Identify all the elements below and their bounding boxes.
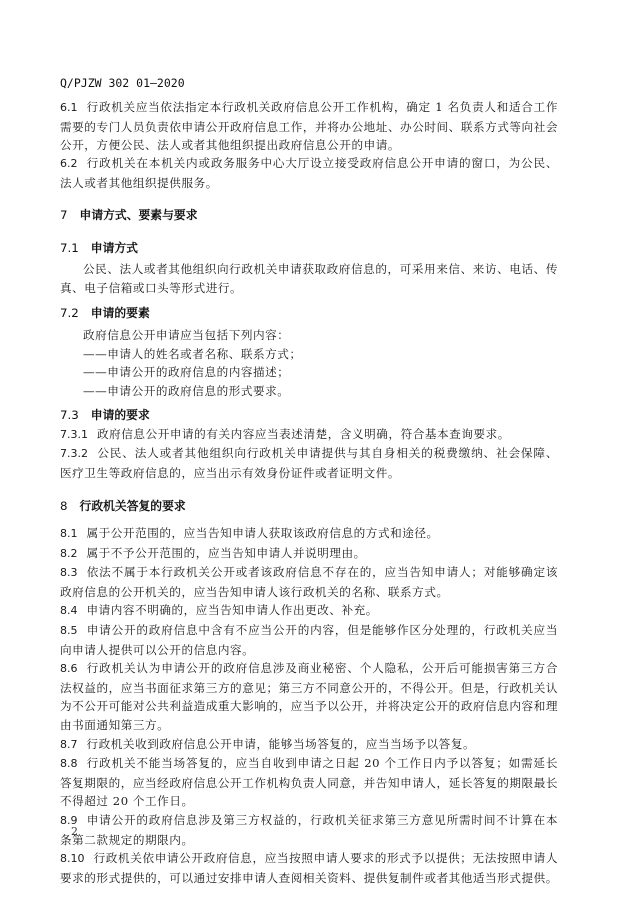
section-title: 申请方式、要素与要求: [80, 208, 198, 222]
clause-8-4: 8.4申请内容不明确的，应当告知申请人作出更改、补充。: [60, 601, 558, 621]
clause-text: 属于公开范围的，应当告知申请人获取该政府信息的方式和途径。: [87, 526, 439, 540]
clause-text: 政府信息公开申请的有关内容应当表述清楚，含义明确，符合基本查询要求。: [97, 427, 510, 441]
section-8-clauses: 8.1属于公开范围的，应当告知申请人获取该政府信息的方式和途径。 8.2属于不予…: [60, 524, 558, 887]
clause-text: 申请内容不明确的，应当告知申请人作出更改、补充。: [87, 603, 378, 617]
clause-number: 8.6: [60, 662, 78, 675]
standard-code: Q/PJZW 302 01—2020: [60, 76, 185, 90]
clause-text: 行政机关应当依法指定本行政机关政府信息公开工作机构，确定 1 名负责人和适合工作…: [60, 100, 558, 152]
clause-number: 8.10: [60, 852, 85, 865]
clause-text: 行政机关认为申请公开的政府信息涉及商业秘密、个人隐私，公开后可能损害第三方合法权…: [60, 661, 558, 732]
clause-8-1: 8.1属于公开范围的，应当告知申请人获取该政府信息的方式和途径。: [60, 524, 558, 544]
clause-number: 6.2: [60, 157, 78, 170]
section-title: 申请的要求: [91, 408, 150, 422]
section-title: 申请的要素: [91, 306, 150, 320]
clause-text: 行政机关不能当场答复的，应当自收到申请之日起 20 个工作日内予以答复；如需延长…: [60, 756, 558, 808]
clause-7-3-1: 7.3.1政府信息公开申请的有关内容应当表述清楚，含义明确，符合基本查询要求。: [60, 425, 558, 445]
section-7-3-heading: 7.3申请的要求: [60, 406, 150, 423]
clause-number: 8.8: [60, 757, 78, 770]
clause-8-5: 8.5申请公开的政府信息中含有不应当公开的内容，但是能够作区分处理的，行政机关应…: [60, 621, 558, 659]
section-number: 7.3: [60, 408, 79, 422]
clause-8-9: 8.9申请公开的政府信息涉及第三方权益的，行政机关征求第三方意见所需时间不计算在…: [60, 811, 558, 849]
clause-text: 申请公开的政府信息涉及第三方权益的，行政机关征求第三方意见所需时间不计算在本条第…: [60, 813, 558, 847]
clause-text: 行政机关在本机关内或政务服务中心大厅设立接受政府信息公开申请的窗口，为公民、法人…: [60, 156, 558, 190]
section-number: 7.1: [60, 241, 79, 255]
clause-number: 7.3.2: [60, 447, 88, 460]
list-intro: 政府信息公开申请应当包括下列内容：: [83, 326, 553, 345]
clause-number: 8.5: [60, 624, 78, 637]
clause-8-6: 8.6行政机关认为申请公开的政府信息涉及商业秘密、个人隐私，公开后可能损害第三方…: [60, 659, 558, 734]
clause-8-10: 8.10行政机关依申请公开政府信息，应当按照申请人要求的形式予以提供；无法按照申…: [60, 849, 558, 887]
section-7-1-heading: 7.1申请方式: [60, 239, 138, 256]
clause-text: 行政机关收到政府信息公开申请，能够当场答复的，应当当场予以答复。: [87, 737, 476, 751]
clause-7-3-2: 7.3.2公民、法人或者其他组织向行政机关申请提供与其自身相关的税费缴纳、社会保…: [60, 444, 558, 482]
list-item: ——申请公开的政府信息的内容描述；: [83, 363, 553, 382]
section-7-heading: 7申请方式、要素与要求: [60, 206, 198, 223]
clause-text: 属于不予公开范围的，应当告知申请人并说明理由。: [87, 546, 366, 560]
clause-text: 行政机关依申请公开政府信息，应当按照申请人要求的形式予以提供；无法按照申请人要求…: [60, 851, 558, 885]
section-7-2-list: 政府信息公开申请应当包括下列内容： ——申请人的姓名或者名称、联系方式； ——申…: [83, 326, 553, 400]
page-number: 2: [71, 825, 78, 838]
clause-text: 依法不属于本行政机关公开或者该政府信息不存在的，应当告知申请人；对能够确定该政府…: [60, 565, 558, 599]
clause-number: 8.2: [60, 547, 78, 560]
section-7-1-text: 公民、法人或者其他组织向行政机关申请获取政府信息的，可采用来信、来访、电话、传真…: [60, 260, 558, 297]
clause-number: 6.1: [60, 101, 78, 114]
list-item: ——申请公开的政府信息的形式要求。: [83, 382, 553, 401]
section-number: 7.2: [60, 306, 79, 320]
section-number: 7: [60, 208, 68, 222]
clause-number: 8.3: [60, 566, 78, 579]
clause-number: 7.3.1: [60, 428, 88, 441]
section-title: 申请方式: [91, 241, 138, 255]
section-number: 8: [60, 499, 68, 513]
clause-number: 8.4: [60, 604, 78, 617]
clause-text: 公民、法人或者其他组织向行政机关申请提供与其自身相关的税费缴纳、社会保障、医疗卫…: [60, 446, 558, 480]
clause-number: 8.7: [60, 738, 78, 751]
clause-8-8: 8.8行政机关不能当场答复的，应当自收到申请之日起 20 个工作日内予以答复；如…: [60, 754, 558, 811]
clause-8-2: 8.2属于不予公开范围的，应当告知申请人并说明理由。: [60, 544, 558, 564]
list-item: ——申请人的姓名或者名称、联系方式；: [83, 345, 553, 364]
section-8-heading: 8行政机关答复的要求: [60, 497, 186, 514]
clause-text: 申请公开的政府信息中含有不应当公开的内容，但是能够作区分处理的，行政机关应当向申…: [60, 623, 558, 657]
section-7-2-heading: 7.2申请的要素: [60, 304, 150, 321]
clause-6-1: 6.1行政机关应当依法指定本行政机关政府信息公开工作机构，确定 1 名负责人和适…: [60, 98, 558, 155]
clause-8-7: 8.7行政机关收到政府信息公开申请，能够当场答复的，应当当场予以答复。: [60, 735, 558, 755]
clause-number: 8.1: [60, 527, 78, 540]
clause-8-3: 8.3依法不属于本行政机关公开或者该政府信息不存在的，应当告知申请人；对能够确定…: [60, 563, 558, 601]
clause-6-2: 6.2行政机关在本机关内或政务服务中心大厅设立接受政府信息公开申请的窗口，为公民…: [60, 154, 558, 192]
section-title: 行政机关答复的要求: [80, 499, 186, 513]
